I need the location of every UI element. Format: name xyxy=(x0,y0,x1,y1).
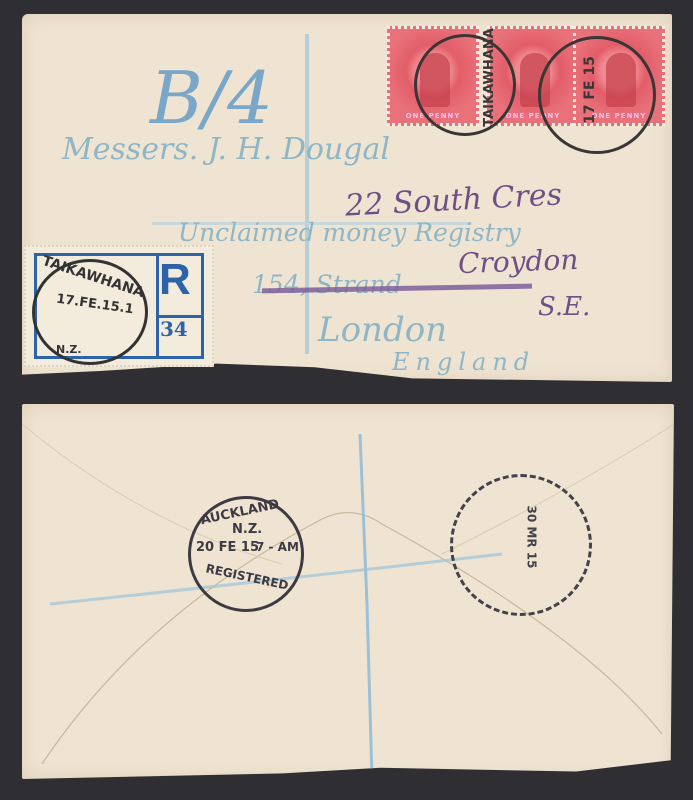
postmark-date: 17 FE 15 xyxy=(582,56,598,124)
postmark-london-date: 30 MR 15 xyxy=(524,506,538,569)
registration-number: 34 xyxy=(160,317,188,341)
address-line-3-struck: 154, Strand xyxy=(252,270,402,299)
registration-letter: R xyxy=(159,255,191,305)
blue-crayon-mark: B/4 xyxy=(150,56,273,140)
address-line-1: Messers. J. H. Dougal xyxy=(62,132,390,167)
postmark-circle-1 xyxy=(414,34,516,136)
redirect-line-2: Croydon xyxy=(457,243,578,280)
postmark-auckland-time: 7 - AM xyxy=(256,540,299,554)
envelope-flap-lines xyxy=(22,404,674,779)
redirect-line-3: S.E. xyxy=(538,292,590,322)
postmark-auckland-country: N.Z. xyxy=(232,522,262,537)
postmark-auckland-date: 20 FE 15 xyxy=(196,540,259,555)
postmark-town: TAIKAWHANA xyxy=(482,28,497,127)
blue-crayon-vertical-line xyxy=(305,34,309,354)
address-line-5: England xyxy=(392,348,535,376)
address-line-2: Unclaimed money Registry xyxy=(178,218,521,247)
registration-label: R 34 TAIKAWHANA 17.FE.15.1 N.Z. xyxy=(24,245,214,367)
envelope-back xyxy=(22,404,674,779)
address-line-4: London xyxy=(318,310,447,350)
registration-postmark-country: N.Z. xyxy=(56,343,82,356)
postmark-london xyxy=(450,474,592,616)
